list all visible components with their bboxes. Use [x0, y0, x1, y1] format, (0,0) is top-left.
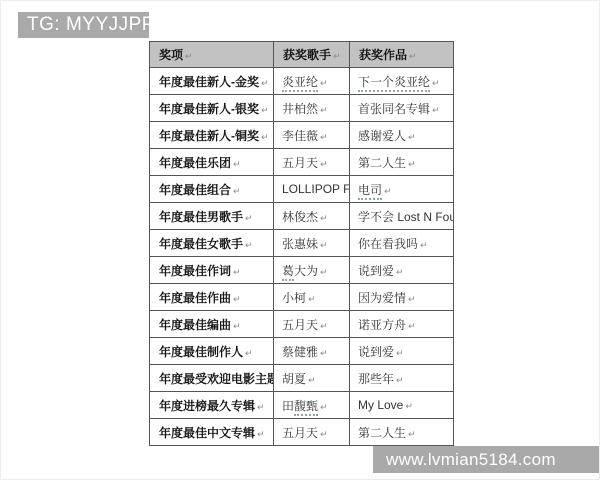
award-label: 年度最受欢迎电影主题曲 [159, 372, 274, 386]
singer-cell: 李佳薇↵ [274, 122, 350, 149]
table-row: 年度最佳制作人↵蔡健雅↵说到爱↵ [150, 338, 454, 365]
column-header-label: 获奖歌手 [283, 48, 331, 62]
paragraph-mark: ↵ [320, 78, 328, 88]
cell-text: 五月天 [282, 318, 318, 332]
paragraph-mark: ↵ [261, 132, 269, 142]
paragraph-mark: ↵ [409, 51, 417, 61]
cell-text: 第二人生 [358, 426, 406, 440]
cell-text: LOLLIPOP F [282, 182, 350, 196]
award-cell: 年度最佳男歌手↵ [150, 203, 274, 230]
table-row: 年度最佳作曲↵小柯↵因为爱情↵ [150, 284, 454, 311]
paragraph-mark: ↵ [408, 159, 416, 169]
work-cell: 电司↵ [350, 176, 454, 203]
cell-text: 感谢爱人 [358, 129, 406, 143]
paragraph-mark: ↵ [320, 240, 328, 250]
singer-cell: 蔡健雅↵ [274, 338, 350, 365]
paragraph-mark: ↵ [320, 132, 328, 142]
singer-cell: 小柯↵ [274, 284, 350, 311]
paragraph-mark: ↵ [320, 402, 328, 412]
paragraph-mark: ↵ [432, 105, 440, 115]
award-cell: 年度最佳编曲↵ [150, 311, 274, 338]
work-cell: 说到爱↵ [350, 257, 454, 284]
table-row: 年度最佳新人-铜奖↵李佳薇↵感谢爱人↵ [150, 122, 454, 149]
cell-text: 因为爱情 [358, 291, 406, 305]
paragraph-mark: ↵ [320, 348, 328, 358]
singer-cell: 炎亚纶↵ [274, 68, 350, 95]
award-cell: 年度最佳制作人↵ [150, 338, 274, 365]
singer-cell: 林俊杰↵ [274, 203, 350, 230]
paragraph-mark: ↵ [408, 132, 416, 142]
table-row: 年度最受欢迎电影主题曲↵胡夏↵那些年↵ [150, 365, 454, 392]
cell-text: 第二人生 [358, 156, 406, 170]
award-label: 年度最佳组合 [159, 183, 231, 197]
award-cell: 年度最佳作曲↵ [150, 284, 274, 311]
paragraph-mark: ↵ [408, 429, 416, 439]
paragraph-mark: ↵ [408, 294, 416, 304]
paragraph-mark: ↵ [245, 213, 253, 223]
singer-cell: 五月天↵ [274, 419, 350, 446]
work-cell: 第二人生↵ [350, 149, 454, 176]
table-row: 年度最佳中文专辑↵五月天↵第二人生↵ [150, 419, 454, 446]
singer-cell: 井柏然↵ [274, 95, 350, 122]
singer-cell: 五月天↵ [274, 311, 350, 338]
cell-text: 大为 [294, 264, 318, 278]
work-cell: 你在看我吗↵ [350, 230, 454, 257]
paragraph-mark: ↵ [185, 51, 193, 61]
squiggle-underlined-text: 葛 [282, 264, 294, 281]
cell-text: 你在看我吗 [358, 237, 418, 251]
work-cell: 第二人生↵ [350, 419, 454, 446]
table-row: 年度最佳作词↵葛大为↵说到爱↵ [150, 257, 454, 284]
work-cell: 因为爱情↵ [350, 284, 454, 311]
paragraph-mark: ↵ [320, 105, 328, 115]
squiggle-underlined-text: 馥甄 [294, 399, 318, 416]
paragraph-mark: ↵ [396, 267, 404, 277]
paragraph-mark: ↵ [261, 78, 269, 88]
cell-text: My Love [358, 398, 403, 412]
awards-table-head: 奖项↵获奖歌手↵获奖作品↵ [150, 42, 454, 68]
paragraph-mark: ↵ [257, 429, 265, 439]
paragraph-mark: ↵ [396, 375, 404, 385]
singer-cell: 胡夏↵ [274, 365, 350, 392]
cell-text: 五月天 [282, 156, 318, 170]
award-cell: 年度最佳乐团↵ [150, 149, 274, 176]
paragraph-mark: ↵ [245, 240, 253, 250]
cell-text: 井柏然 [282, 102, 318, 116]
paragraph-mark: ↵ [233, 186, 241, 196]
work-cell: 说到爱↵ [350, 338, 454, 365]
paragraph-mark: ↵ [233, 267, 241, 277]
award-cell: 年度最佳新人-银奖↵ [150, 95, 274, 122]
paragraph-mark: ↵ [320, 159, 328, 169]
singer-cell: 张惠妹↵ [274, 230, 350, 257]
award-cell: 年度进榜最久专辑↵ [150, 392, 274, 419]
paragraph-mark: ↵ [233, 159, 241, 169]
cell-text: 张惠妹 [282, 237, 318, 251]
column-header-label: 获奖作品 [359, 48, 407, 62]
cell-text: 李佳薇 [282, 129, 318, 143]
work-cell: 诺亚方舟↵ [350, 311, 454, 338]
squiggle-underlined-text: 下一个炎亚纶 [358, 75, 430, 92]
awards-table-wrap: 奖项↵获奖歌手↵获奖作品↵ 年度最佳新人-金奖↵炎亚纶↵下一个炎亚纶↵年度最佳新… [149, 41, 453, 446]
cell-text: 小柯 [282, 291, 306, 305]
paragraph-mark: ↵ [308, 375, 316, 385]
table-row: 年度最佳新人-银奖↵井柏然↵首张同名专辑↵ [150, 95, 454, 122]
paragraph-mark: ↵ [257, 402, 265, 412]
work-cell: 首张同名专辑↵ [350, 95, 454, 122]
award-cell: 年度最佳新人-金奖↵ [150, 68, 274, 95]
award-label: 年度最佳女歌手 [159, 237, 243, 251]
work-cell: 学不会 Lost N Found↵ [350, 203, 454, 230]
paragraph-mark: ↵ [320, 321, 328, 331]
column-header-0: 奖项↵ [150, 42, 274, 68]
paragraph-mark: ↵ [333, 51, 341, 61]
award-label: 年度进榜最久专辑 [159, 399, 255, 413]
cell-text: 蔡健雅 [282, 345, 318, 359]
table-row: 年度最佳女歌手↵张惠妹↵你在看我吗↵ [150, 230, 454, 257]
paragraph-mark: ↵ [396, 348, 404, 358]
cell-text: 说到爱 [358, 264, 394, 278]
column-header-1: 获奖歌手↵ [274, 42, 350, 68]
singer-cell: 五月天↵ [274, 149, 350, 176]
table-row: 年度最佳男歌手↵林俊杰↵学不会 Lost N Found↵ [150, 203, 454, 230]
paragraph-mark: ↵ [320, 213, 328, 223]
work-cell: 感谢爱人↵ [350, 122, 454, 149]
column-header-2: 获奖作品↵ [350, 42, 454, 68]
paragraph-mark: ↵ [261, 105, 269, 115]
cell-text: 胡夏 [282, 372, 306, 386]
paragraph-mark: ↵ [420, 240, 428, 250]
squiggle-underlined-text: 炎亚纶 [282, 75, 318, 92]
paragraph-mark: ↵ [320, 429, 328, 439]
header-row: 奖项↵获奖歌手↵获奖作品↵ [150, 42, 454, 68]
table-row: 年度最佳编曲↵五月天↵诺亚方舟↵ [150, 311, 454, 338]
award-label: 年度最佳新人-金奖 [159, 75, 259, 89]
paragraph-mark: ↵ [384, 186, 392, 196]
award-cell: 年度最佳组合↵ [150, 176, 274, 203]
cell-text: 那些年 [358, 372, 394, 386]
watermark-url: www.lvmian5184.com [373, 446, 600, 473]
paragraph-mark: ↵ [408, 321, 416, 331]
squiggle-underlined-text: 电司 [358, 183, 382, 200]
paragraph-mark: ↵ [405, 401, 413, 411]
work-cell: 下一个炎亚纶↵ [350, 68, 454, 95]
work-cell: My Love↵ [350, 392, 454, 419]
award-cell: 年度最佳女歌手↵ [150, 230, 274, 257]
table-row: 年度最佳乐团↵五月天↵第二人生↵ [150, 149, 454, 176]
award-cell: 年度最佳作词↵ [150, 257, 274, 284]
award-cell: 年度最受欢迎电影主题曲↵ [150, 365, 274, 392]
cell-text: 林俊杰 [282, 210, 318, 224]
award-label: 年度最佳作曲 [159, 291, 231, 305]
cell-text: 首张同名专辑 [358, 102, 430, 116]
singer-cell: LOLLIPOP F↵ [274, 176, 350, 203]
table-row: 年度进榜最久专辑↵田馥甄↵My Love↵ [150, 392, 454, 419]
paragraph-mark: ↵ [233, 321, 241, 331]
tag-badge: TG: MYYJJPP [18, 12, 149, 38]
awards-table: 奖项↵获奖歌手↵获奖作品↵ 年度最佳新人-金奖↵炎亚纶↵下一个炎亚纶↵年度最佳新… [149, 41, 454, 446]
paragraph-mark: ↵ [308, 294, 316, 304]
award-cell: 年度最佳中文专辑↵ [150, 419, 274, 446]
cell-text: 诺亚方舟 [358, 318, 406, 332]
paragraph-mark: ↵ [245, 348, 253, 358]
award-label: 年度最佳作词 [159, 264, 231, 278]
award-label: 年度最佳男歌手 [159, 210, 243, 224]
award-label: 年度最佳乐团 [159, 156, 231, 170]
award-label: 年度最佳制作人 [159, 345, 243, 359]
cell-text: 学不会 Lost N Found [358, 210, 454, 224]
paragraph-mark: ↵ [320, 267, 328, 277]
paragraph-mark: ↵ [432, 78, 440, 88]
paragraph-mark: ↵ [233, 294, 241, 304]
cell-text: 田 [282, 399, 294, 413]
cell-text: 说到爱 [358, 345, 394, 359]
award-label: 年度最佳新人-银奖 [159, 102, 259, 116]
work-cell: 那些年↵ [350, 365, 454, 392]
awards-table-body: 年度最佳新人-金奖↵炎亚纶↵下一个炎亚纶↵年度最佳新人-银奖↵井柏然↵首张同名专… [150, 68, 454, 446]
table-row: 年度最佳组合↵LOLLIPOP F↵电司↵ [150, 176, 454, 203]
cell-text: 五月天 [282, 426, 318, 440]
page: TG: MYYJJPP 奖项↵获奖歌手↵获奖作品↵ 年度最佳新人-金奖↵炎亚纶↵… [0, 0, 600, 480]
award-label: 年度最佳新人-铜奖 [159, 129, 259, 143]
singer-cell: 葛大为↵ [274, 257, 350, 284]
award-label: 年度最佳中文专辑 [159, 426, 255, 440]
singer-cell: 田馥甄↵ [274, 392, 350, 419]
award-label: 年度最佳编曲 [159, 318, 231, 332]
table-row: 年度最佳新人-金奖↵炎亚纶↵下一个炎亚纶↵ [150, 68, 454, 95]
column-header-label: 奖项 [159, 48, 183, 62]
award-cell: 年度最佳新人-铜奖↵ [150, 122, 274, 149]
